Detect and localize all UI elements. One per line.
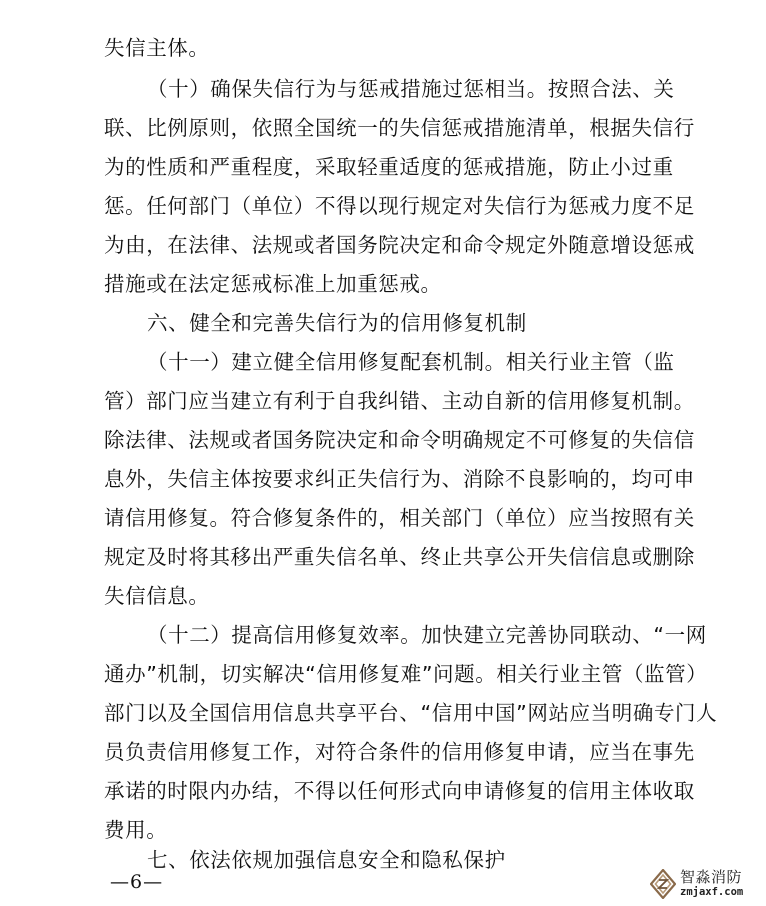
watermark: 智淼消防 zmjaxf.com bbox=[650, 866, 760, 902]
text-line: 联、比例原则，依照全国统一的失信惩戒措施清单，根据失信行 bbox=[104, 116, 664, 140]
section-heading: 七、依法依规加强信息安全和隐私保护 bbox=[147, 848, 506, 872]
text-line: （十二）提高信用修复效率。加快建立完善协同联动、“一网 bbox=[147, 623, 664, 647]
diamond-z-logo-icon bbox=[650, 869, 676, 899]
text-line: 部门以及全国信用信息共享平台、“信用中国”网站应当明确专门人 bbox=[104, 701, 664, 725]
text-line: 请信用修复。符合修复条件的，相关部门（单位）应当按照有关 bbox=[104, 506, 664, 530]
text-line: （十一）建立健全信用修复配套机制。相关行业主管（监 bbox=[147, 350, 664, 374]
text-line: 措施或在法定惩戒标准上加重惩戒。 bbox=[104, 272, 664, 296]
text-line: 失信信息。 bbox=[104, 584, 664, 608]
text-line: 费用。 bbox=[104, 818, 664, 842]
text-line: 管）部门应当建立有利于自我纠错、主动自新的信用修复机制。 bbox=[104, 389, 664, 413]
text-line: 惩。任何部门（单位）不得以现行规定对失信行为惩戒力度不足 bbox=[104, 194, 664, 218]
page-number: —6— bbox=[110, 870, 163, 894]
text-line: （十）确保失信行为与惩戒措施过惩相当。按照合法、关 bbox=[147, 77, 664, 101]
section-heading: 六、健全和完善失信行为的信用修复机制 bbox=[147, 311, 527, 335]
watermark-url: zmjaxf.com bbox=[680, 887, 743, 898]
text-line: 除法律、法规或者国务院决定和命令明确规定不可修复的失信信 bbox=[104, 428, 664, 452]
watermark-text: 智淼消防 zmjaxf.com bbox=[680, 870, 743, 898]
text-line: 为由，在法律、法规或者国务院决定和命令规定外随意增设惩戒 bbox=[104, 233, 664, 257]
document-page: 失信主体。（十）确保失信行为与惩戒措施过惩相当。按照合法、关联、比例原则，依照全… bbox=[0, 0, 766, 906]
text-line: 失信主体。 bbox=[104, 36, 664, 60]
text-line: 为的性质和严重程度，采取轻重适度的惩戒措施，防止小过重 bbox=[104, 155, 664, 179]
text-line: 员负责信用修复工作，对符合条件的信用修复申请，应当在事先 bbox=[104, 740, 664, 764]
text-line: 承诺的时限内办结，不得以任何形式向申请修复的信用主体收取 bbox=[104, 779, 664, 803]
text-line: 通办”机制，切实解决“信用修复难”问题。相关行业主管（监管） bbox=[104, 662, 664, 686]
text-line: 息外，失信主体按要求纠正失信行为、消除不良影响的，均可申 bbox=[104, 467, 664, 491]
text-line: 规定及时将其移出严重失信名单、终止共享公开失信信息或删除 bbox=[104, 545, 664, 569]
watermark-brand-name: 智淼消防 bbox=[680, 870, 743, 885]
